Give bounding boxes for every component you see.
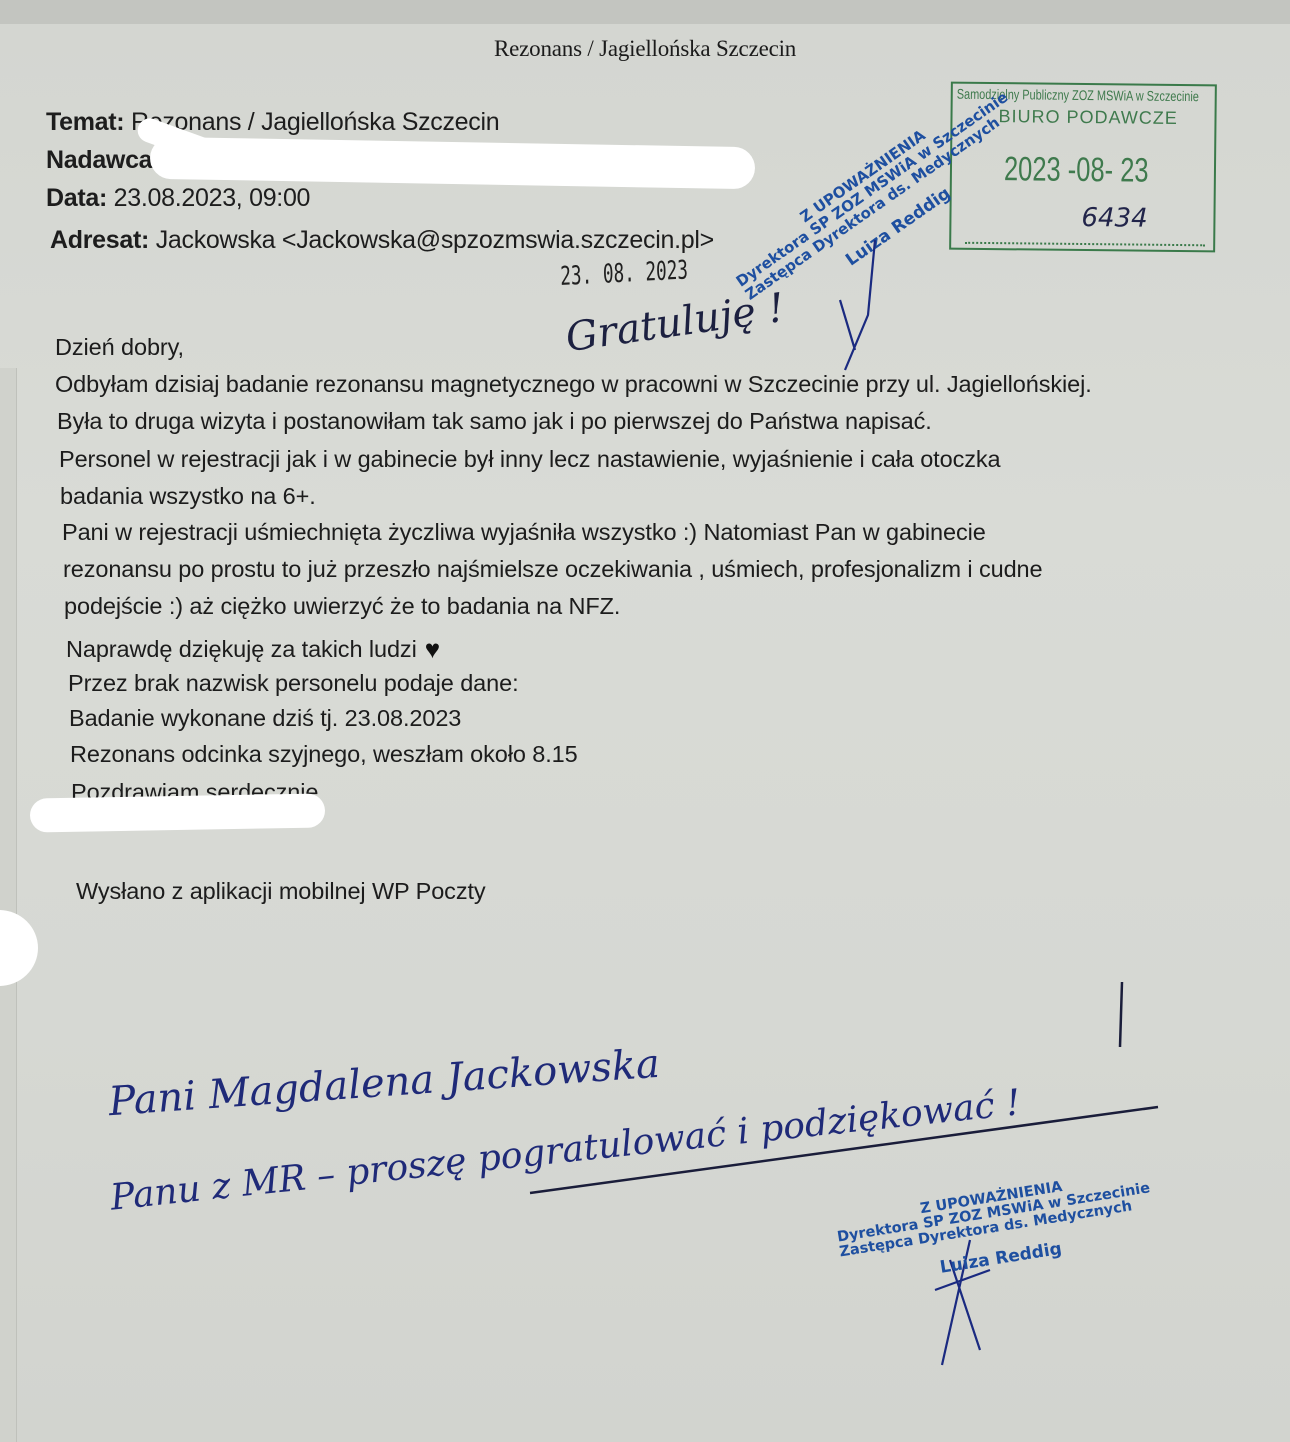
signature-top-stroke xyxy=(840,240,875,370)
exclamation-stroke xyxy=(1120,982,1122,1047)
